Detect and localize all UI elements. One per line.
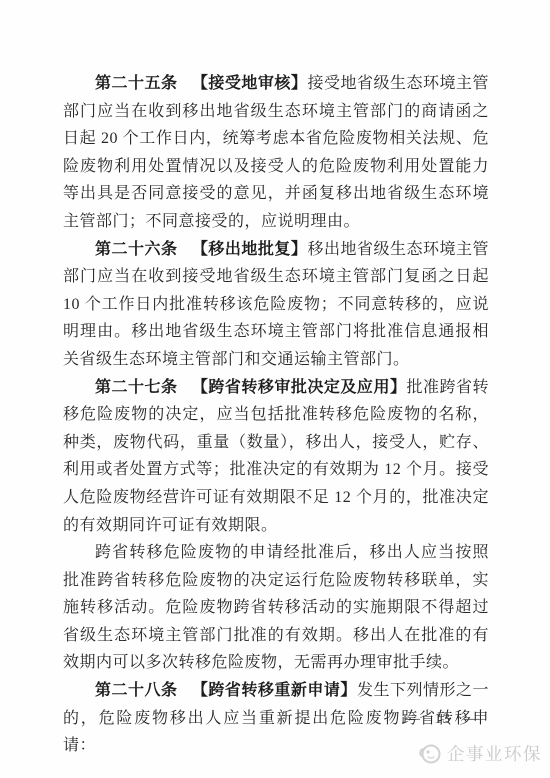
article-25: 第二十五条【接受地审核】接受地省级生态环境主管部门应当在收到移出地省级生态环境主… (63, 70, 489, 236)
article-27: 第二十七条【跨省转移审批决定及应用】批准跨省转移危险废物的决定，应当包括批准转移… (63, 374, 489, 540)
watermark: 企事业环保 (418, 741, 542, 766)
watermark-logo-icon (418, 743, 442, 765)
article-25-text: 接受地省级生态环境主管部门应当在收到移出地省级生态环境主管部门的商请函之日起 2… (63, 75, 489, 230)
article-26-number: 第二十六条 (95, 241, 178, 258)
article-28-number: 第二十八条 (95, 682, 178, 699)
article-26-tag: 【移出地批复】 (192, 241, 308, 258)
article-27-text: 批准跨省转移危险废物的决定，应当包括批准转移危险废物的名称，种类，废物代码，重量… (63, 379, 489, 534)
article-25-number: 第二十五条 (95, 75, 178, 92)
document-page: 第二十五条【接受地审核】接受地省级生态环境主管部门应当在收到移出地省级生态环境主… (0, 0, 550, 778)
document-body: 第二十五条【接受地审核】接受地省级生态环境主管部门应当在收到移出地省级生态环境主… (63, 70, 489, 760)
article-26: 第二十六条【移出地批复】移出地省级生态环境主管部门应当在收到接受地省级生态环境主… (63, 236, 489, 374)
watermark-text: 企事业环保 (447, 741, 542, 766)
article-27-paragraph-2: 跨省转移危险废物的申请经批准后，移出人应当按照批准跨省转移危险废物的决定运行危险… (63, 539, 489, 677)
page-number: — 13 — (405, 711, 480, 728)
article-26-text: 移出地省级生态环境主管部门应当在收到接受地省级生态环境主管部门复函之日起 10 … (63, 241, 489, 368)
article-27-tag: 【跨省转移审批决定及应用】 (192, 379, 407, 396)
article-28-tag: 【跨省转移重新申请】 (192, 682, 357, 699)
article-25-tag: 【接受地审核】 (192, 75, 308, 92)
article-27-number: 第二十七条 (95, 379, 178, 396)
